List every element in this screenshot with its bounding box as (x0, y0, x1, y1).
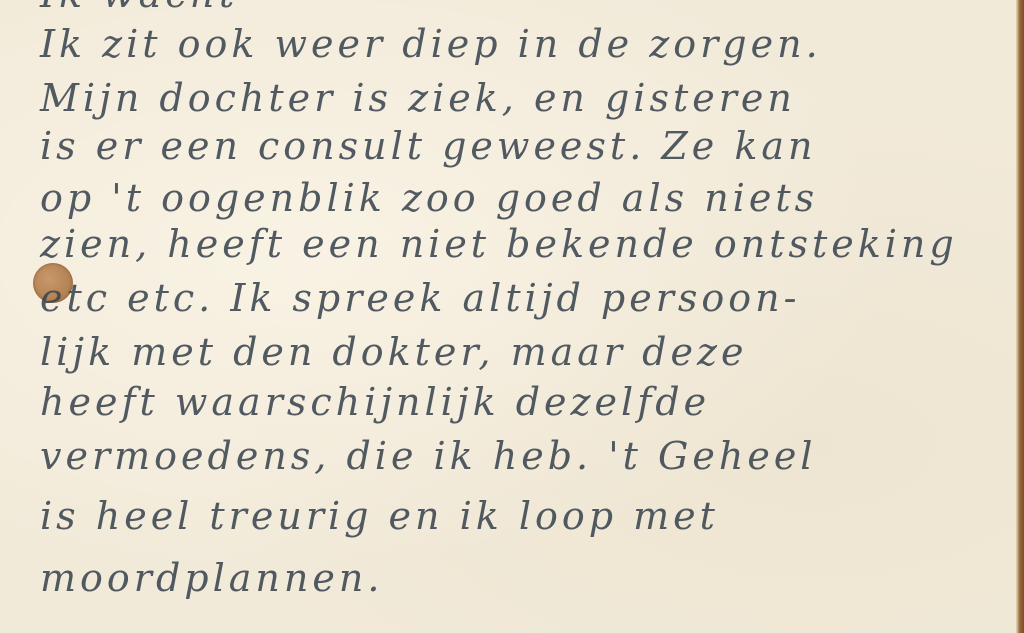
page-edge (1016, 0, 1024, 633)
text-line-3: is er een consult geweest. Ze kan (40, 124, 816, 168)
text-line-1: Ik zit ook weer diep in de zorgen. (40, 22, 822, 66)
handwritten-text: Ik wacht Ik zit ook weer diep in de zorg… (0, 0, 1016, 633)
text-line-6: etc etc. Ik spreek altijd persoon- (40, 276, 800, 320)
text-line-4: op 't oogenblik zoo goed als niets (40, 176, 818, 220)
partial-top-line: Ik wacht (40, 0, 238, 16)
text-line-7: lijk met den dokter, maar deze (40, 330, 747, 374)
text-line-9: vermoedens, die ik heb. 't Geheel (40, 434, 816, 478)
text-line-2: Mijn dochter is ziek, en gisteren (40, 76, 796, 120)
text-line-5: zien, heeft een niet bekende ontsteking (40, 222, 958, 266)
letter-page: Ik wacht Ik zit ook weer diep in de zorg… (0, 0, 1016, 633)
text-line-10: is heel treurig en ik loop met (40, 494, 719, 538)
text-line-8: heeft waarschijnlijk dezelfde (40, 380, 710, 424)
text-line-11: moordplannen. (40, 556, 383, 600)
